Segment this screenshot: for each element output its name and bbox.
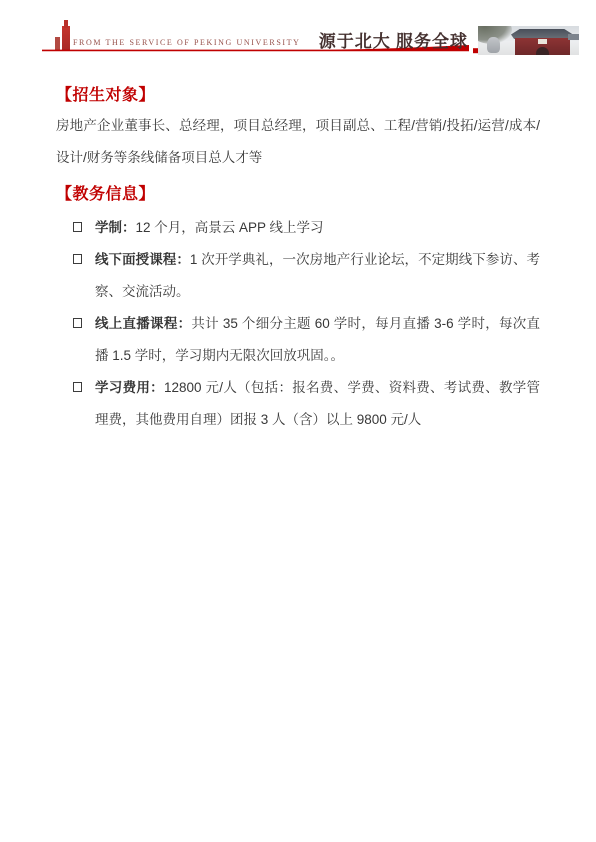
page-header: FROM THE SERVICE OF PEKING UNIVERSITY 源于… <box>0 0 596 62</box>
admission-target-paragraph: 房地产企业董事长、总经理，项目总经理，项目副总、工程/营销/投拓/运营/成本/设… <box>56 110 540 174</box>
item-separator: ： <box>178 316 192 331</box>
item-label: 学制 <box>95 220 122 235</box>
item-label: 学习费用 <box>95 380 150 395</box>
list-item-offline-course: 线下面授课程：1 次开学典礼，一次房地产行业论坛，不定期线下参访、考察、交流活动… <box>56 244 540 308</box>
item-separator: ： <box>150 380 164 395</box>
checkbox-icon <box>73 254 82 264</box>
checkbox-icon <box>73 382 82 392</box>
document-body: 【招生对象】 房地产企业董事长、总经理，项目总经理，项目副总、工程/营销/投拓/… <box>56 84 540 436</box>
header-tagline-cn: 源于北大 服务全球 <box>319 27 468 52</box>
list-item-tuition-fee: 学习费用：12800 元/人（包括：报名费、学费、资料费、考试费、教学管理费，其… <box>56 372 540 436</box>
list-item-study-length: 学制：12 个月，高景云 APP 线上学习 <box>56 212 540 244</box>
checkbox-icon <box>73 318 82 328</box>
item-label: 线下面授课程 <box>95 252 176 267</box>
photo-gate-sign <box>538 39 547 44</box>
item-separator: ： <box>122 220 136 235</box>
list-item-live-course: 线上直播课程：共计 35 个细分主题 60 学时，每月直播 3-6 学时，每次直… <box>56 308 540 372</box>
logo-tower-top <box>64 20 68 28</box>
campus-photo <box>478 26 579 55</box>
photo-stone-lion <box>487 37 500 53</box>
document-page: FROM THE SERVICE OF PEKING UNIVERSITY 源于… <box>0 0 596 842</box>
photo-side-roof <box>568 34 579 40</box>
section-title-admission-target: 【招生对象】 <box>56 84 540 108</box>
academic-info-list: 学制：12 个月，高景云 APP 线上学习 线下面授课程：1 次开学典礼，一次房… <box>56 212 540 436</box>
item-text: 12 个月，高景云 APP 线上学习 <box>136 220 324 235</box>
item-label: 线上直播课程 <box>95 316 178 331</box>
photo-gate-arch <box>536 47 549 55</box>
checkbox-icon <box>73 222 82 232</box>
item-separator: ： <box>176 252 190 267</box>
section-title-academic-info: 【教务信息】 <box>56 183 540 207</box>
